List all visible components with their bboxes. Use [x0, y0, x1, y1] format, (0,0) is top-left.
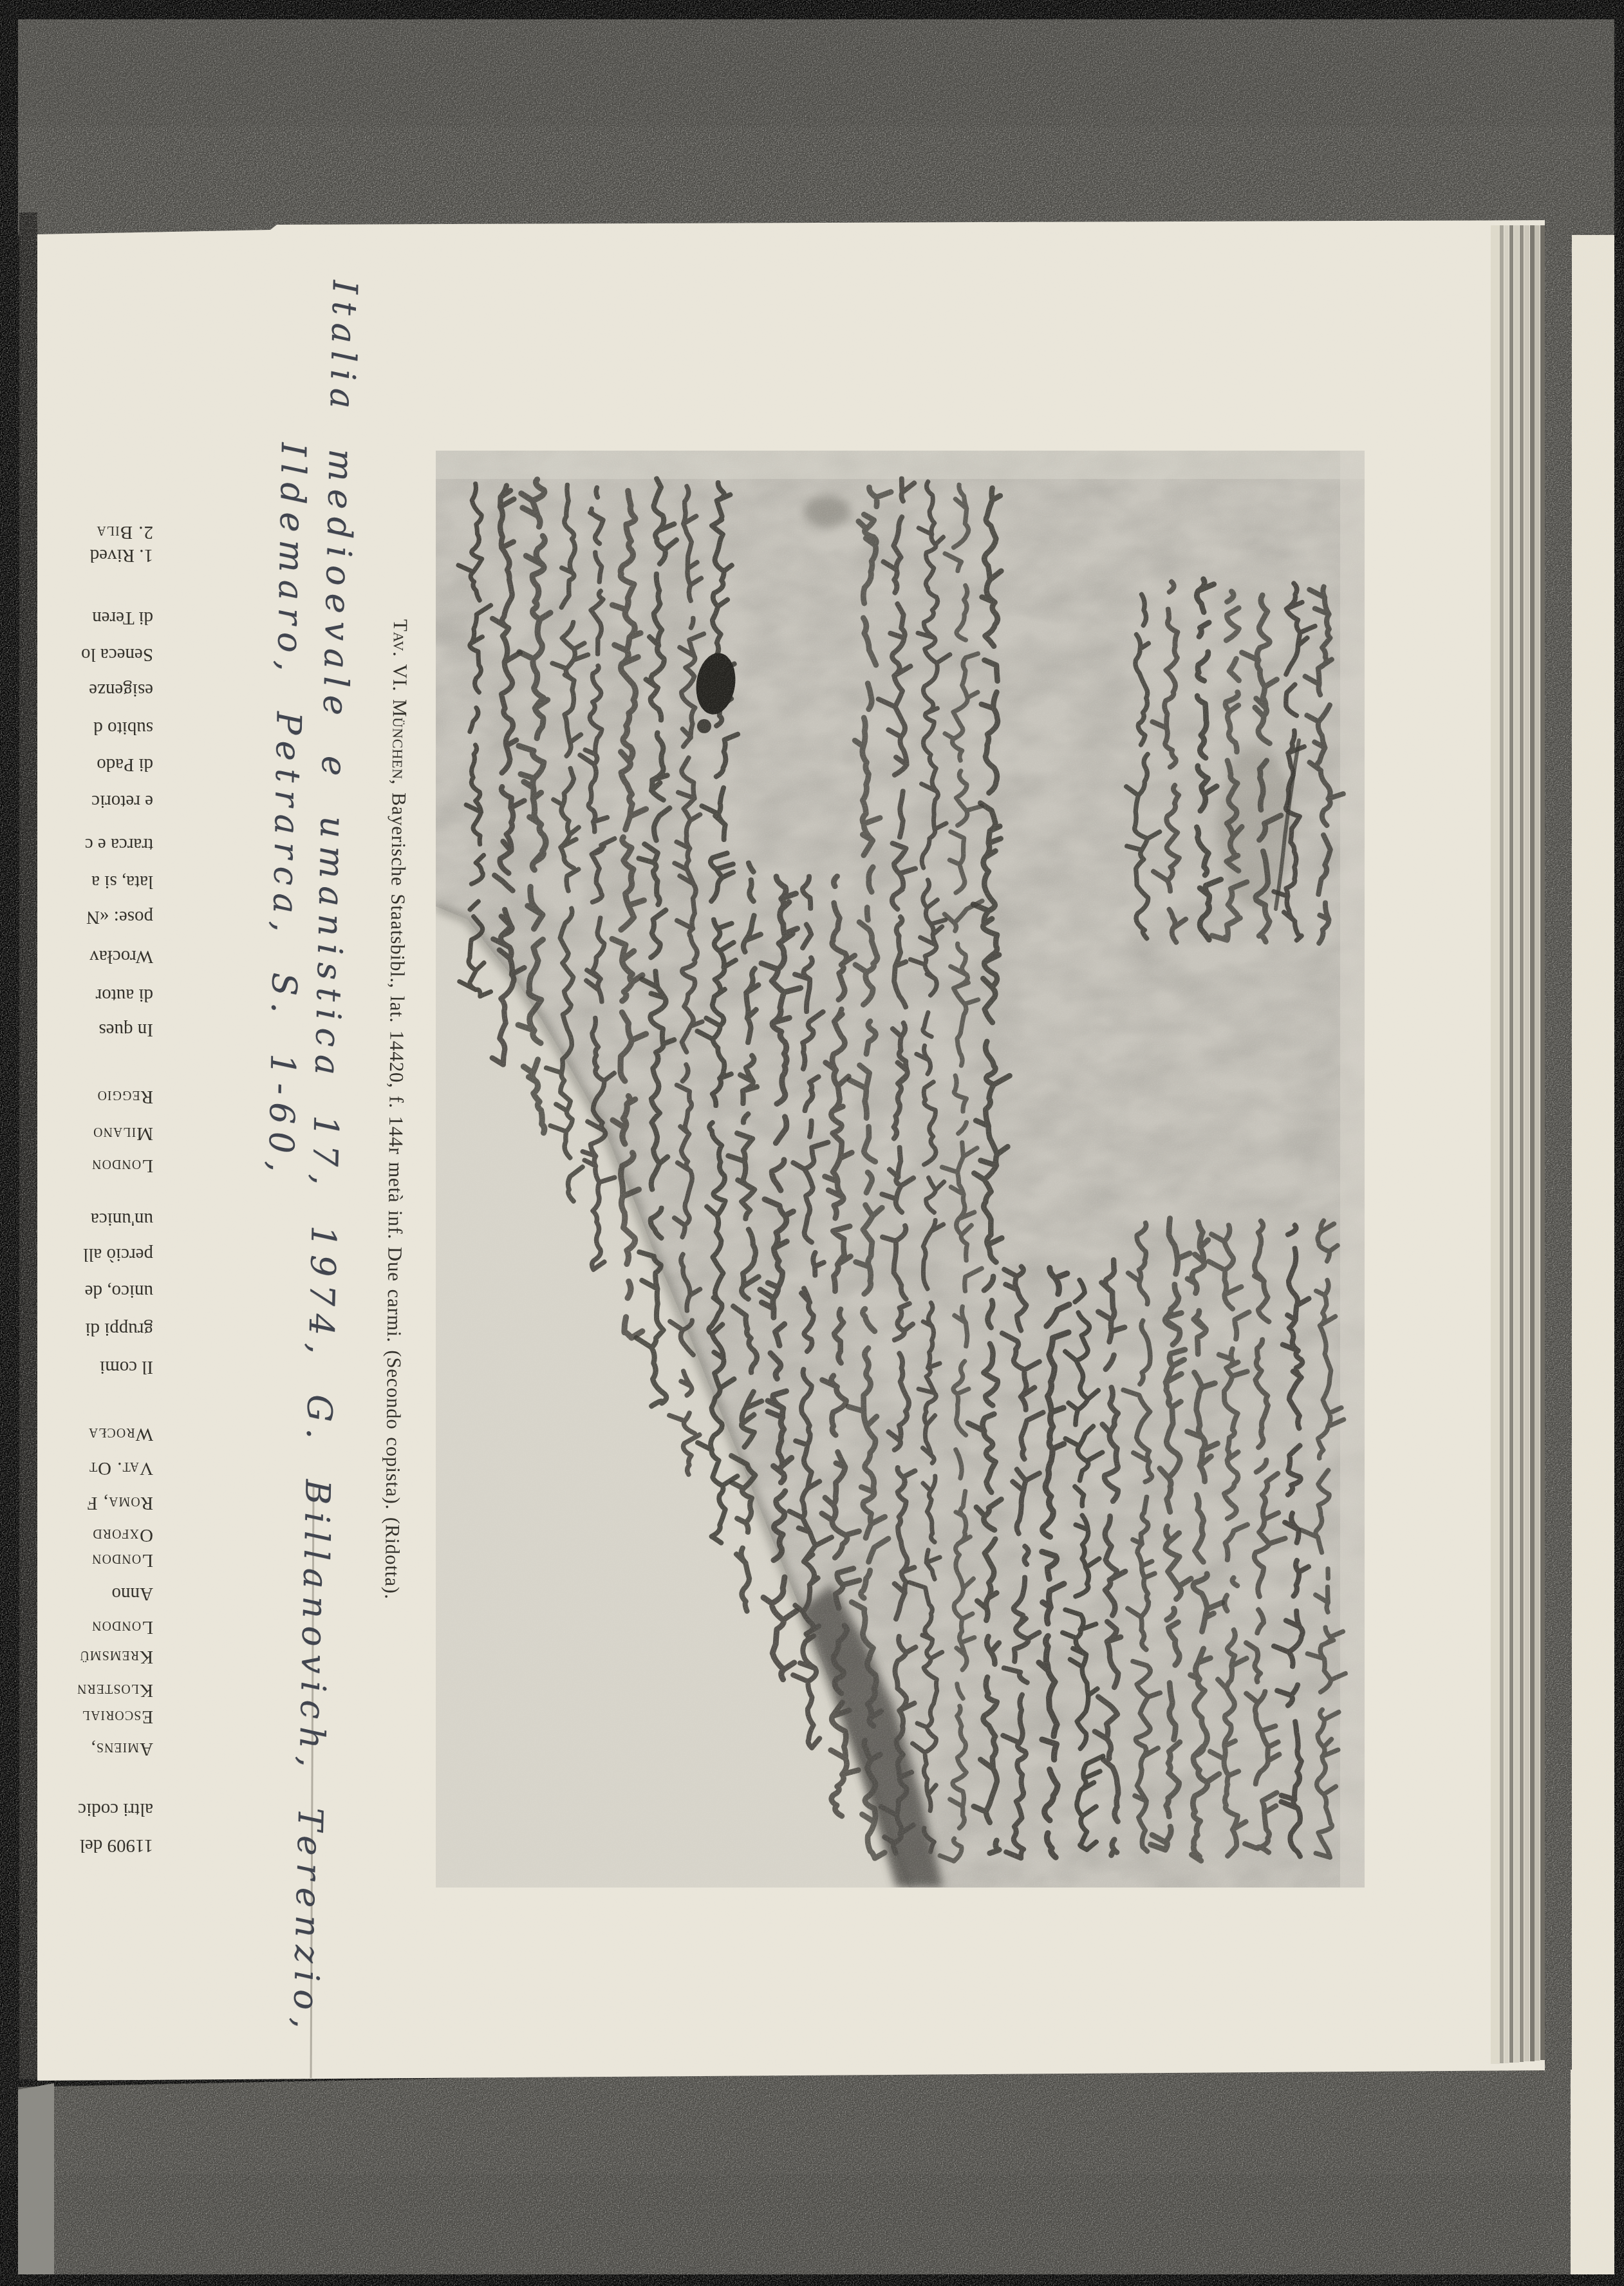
adjacent-page-fragment: un'unica [36, 1206, 153, 1233]
scan-artwork [0, 0, 1624, 2286]
undersheet-corner [18, 2083, 54, 2274]
plate-caption-city: München, [388, 699, 411, 785]
adjacent-page-fragment: gruppi di [36, 1316, 153, 1343]
fore-edge-page-stack [1491, 225, 1545, 2064]
adjacent-page-fragment: Vat. Ot [36, 1455, 153, 1482]
adjacent-page-fragment: di Pado [36, 751, 153, 778]
scanned-book-plate-page: 2. Bila1. Riveddi TerenSeneca loesigenze… [0, 0, 1624, 2286]
manuscript-photograph [436, 451, 1365, 1888]
adjacent-page-fragment: Anno [36, 1580, 153, 1607]
adjacent-page-fragment: Oxford [36, 1522, 153, 1549]
adjacent-page-fragment: Escorial [36, 1703, 153, 1730]
adjacent-page-fragment: e retoric [36, 788, 153, 815]
adjacent-page-fragment: unico, de [36, 1278, 153, 1305]
adjacent-page-fragment: London [36, 1614, 153, 1641]
adjacent-page-fragment: perciò all [36, 1241, 153, 1268]
adjacent-page-fragment: Kremsmü [36, 1644, 153, 1671]
adjacent-page-fragment: Il comi [36, 1354, 153, 1381]
plate-caption-details: Bayerische Staatsbibl., lat. 14420, f. 1… [381, 792, 411, 1600]
adjacent-page-fragment: di autor [36, 982, 153, 1009]
adjacent-page-fragment: subito d [36, 715, 153, 742]
adjacent-page-fragment: esigenze [36, 677, 153, 704]
adjacent-page-fragment: Seneca lo [36, 641, 153, 668]
adjacent-page-fragment: altri codic [36, 1796, 153, 1823]
adjacent-page-fragment: London [36, 1547, 153, 1574]
adjacent-page-fragment: 11909 del [36, 1832, 153, 1859]
adjacent-page-fragment: Roma, F [36, 1490, 153, 1517]
adjacent-page-fragment: trarca e c [36, 831, 153, 858]
adjacent-page-fragment: Milano [36, 1120, 153, 1147]
adjacent-page-fragment: di Teren [36, 604, 153, 632]
adjacent-page-fragment: In ques [36, 1017, 153, 1044]
adjacent-page-fragment: pose: «N [36, 904, 153, 931]
plate-caption-number: Tav. VI. [389, 619, 412, 692]
adjacent-page-fragment: Klostern [36, 1677, 153, 1704]
adjacent-page-fragment: Amiens, [36, 1736, 153, 1763]
adjacent-page-fragment: Reggio [36, 1083, 153, 1110]
adjacent-page-fragment: Wrocłav [36, 943, 153, 970]
adjacent-page-fragment: London [36, 1152, 153, 1179]
adjacent-sheet-edge [1571, 19, 1614, 2274]
adjacent-page-fragment: Wrocła [36, 1421, 153, 1448]
adjacent-page-fragment: 1. Rived [36, 542, 153, 569]
adjacent-page-fragment: lata, si a [36, 868, 153, 895]
